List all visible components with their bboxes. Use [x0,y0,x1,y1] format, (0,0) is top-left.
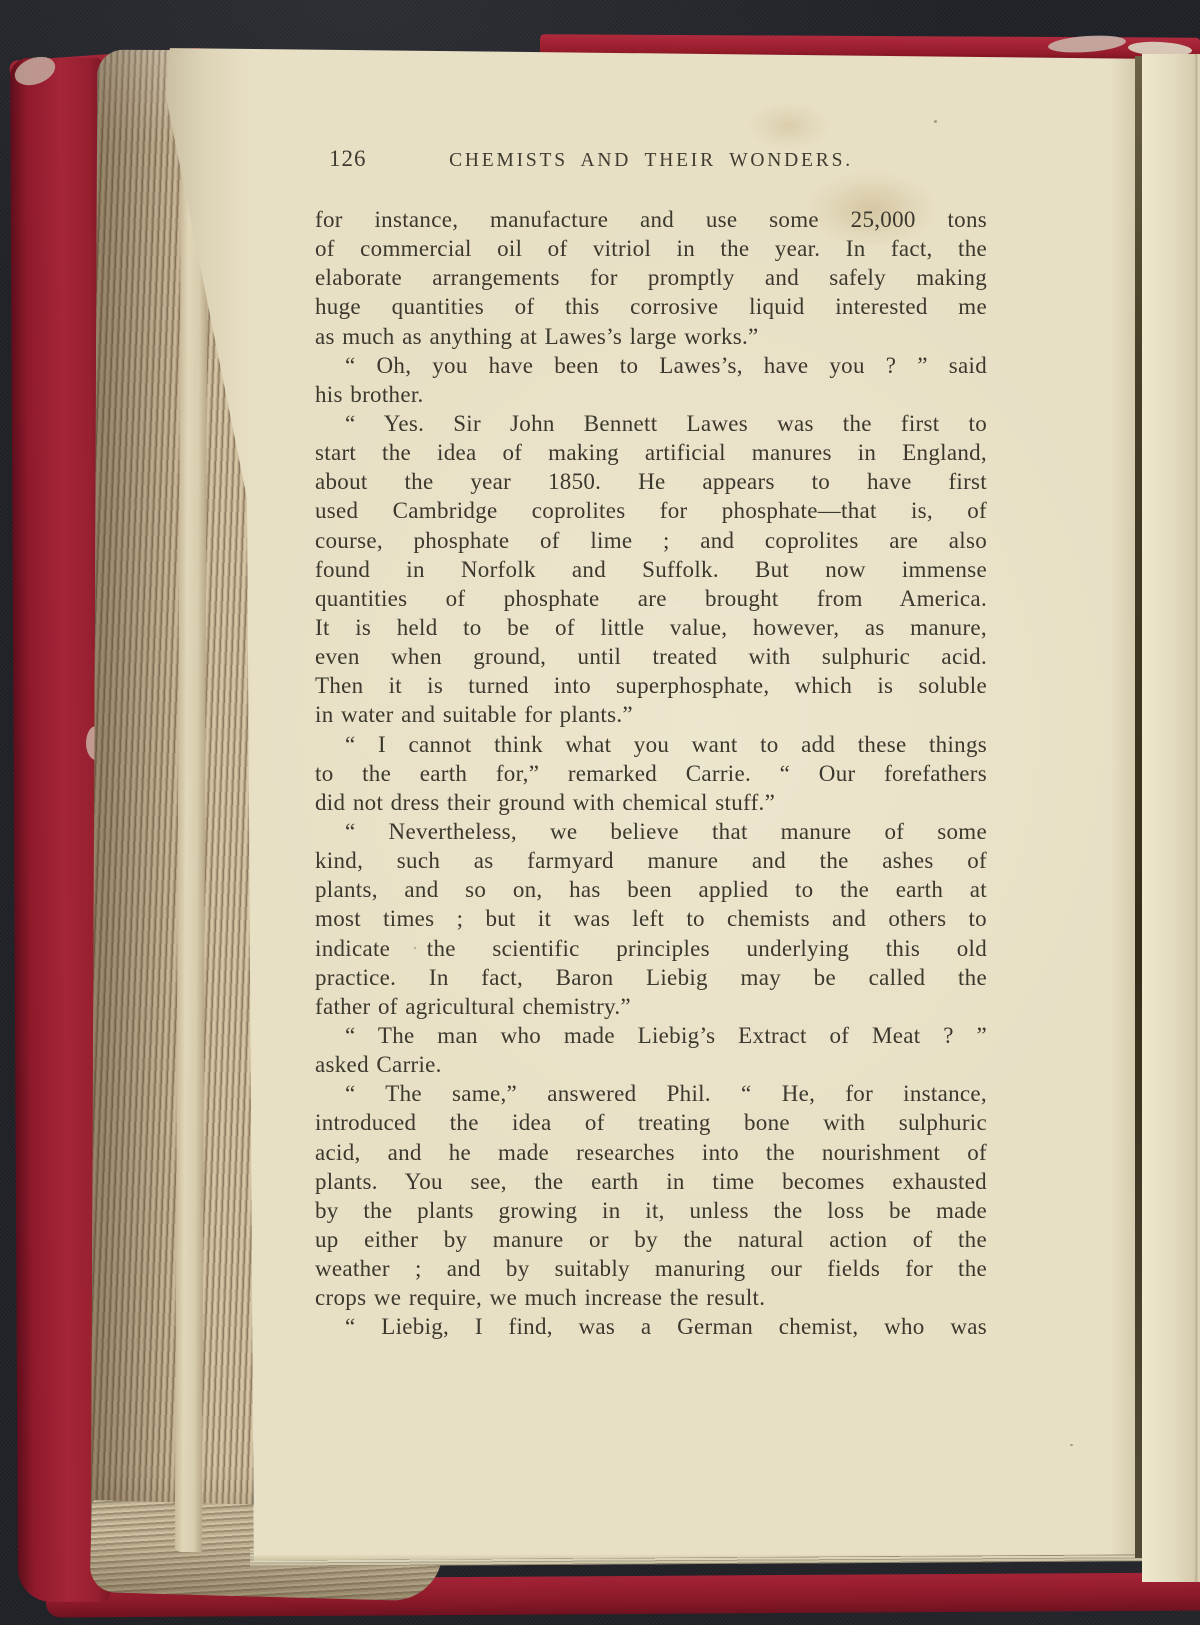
text-line: “ Nevertheless, we believe that manure o… [315,817,987,846]
page-header: 126 CHEMISTS AND THEIR WONDERS. [315,146,987,182]
text-line: used Cambridge coprolites for phosphate—… [315,496,987,525]
text-line: elaborate arrangements for promptly and … [315,263,987,292]
text-line: “ I cannot think what you want to add th… [315,730,987,759]
text-line: father of agricultural chemistry.” [315,992,987,1021]
text-line: found in Norfolk and Suffolk. But now im… [315,555,987,584]
paragraph: “ I cannot think what you want to add th… [315,730,987,817]
paragraph: “ The same,” answered Phil. “ He, for in… [315,1079,987,1312]
text-line: indicate the scientific principles under… [315,934,987,963]
text-line: Then it is turned into superphosphate, w… [315,671,987,700]
text-line: acid, and he made researches into the no… [315,1138,987,1167]
text-line: about the year 1850. He appears to have … [315,467,987,496]
text-line: It is held to be of little value, howeve… [315,613,987,642]
page-text: for instance, manufacture and use some 2… [315,205,987,1341]
text-line: kind, such as farmyard manure and the as… [315,846,987,875]
text-line: his brother. [315,380,987,409]
book-page: 126 CHEMISTS AND THEIR WONDERS. for inst… [164,42,1140,1562]
text-line: “ The same,” answered Phil. “ He, for in… [315,1079,987,1108]
paragraph: “ Liebig, I find, was a German chemist, … [315,1312,987,1341]
text-line: plants. You see, the earth in time becom… [315,1167,987,1196]
text-line: introduced the idea of treating bone wit… [315,1108,987,1137]
text-line: most times ; but it was left to chemists… [315,904,987,933]
text-line: start the idea of making artificial manu… [315,438,987,467]
text-line: as much as anything at Lawes’s large wor… [315,322,987,351]
text-line: even when ground, until treated with sul… [315,642,987,671]
paragraph: “ The man who made Liebig’s Extract of M… [315,1021,987,1079]
adjacent-page-edge [1142,54,1200,1582]
text-line: huge quantities of this corrosive liquid… [315,292,987,321]
text-line: crops we require, we much increase the r… [315,1283,987,1312]
text-line: in water and suitable for plants.” [315,700,987,729]
paragraph: “ Nevertheless, we believe that manure o… [315,817,987,1021]
page-gutter-shadow [1135,56,1142,1558]
text-line: “ Yes. Sir John Bennett Lawes was the fi… [315,409,987,438]
running-title: CHEMISTS AND THEIR WONDERS. [315,150,987,172]
text-line: “ Oh, you have been to Lawes’s, have you… [315,351,987,380]
text-line: quantities of phosphate are brought from… [315,584,987,613]
text-line: course, phosphate of lime ; and coprolit… [315,526,987,555]
text-line: by the plants growing in it, unless the … [315,1196,987,1225]
paragraph: “ Oh, you have been to Lawes’s, have you… [315,351,987,409]
text-line: plants, and so on, has been applied to t… [315,875,987,904]
text-line: weather ; and by suitably manuring our f… [315,1254,987,1283]
paper-speck [934,120,937,123]
photo-background: 126 CHEMISTS AND THEIR WONDERS. for inst… [0,0,1200,1625]
text-line: practice. In fact, Baron Liebig may be c… [315,963,987,992]
paragraph: for instance, manufacture and use some 2… [315,205,987,351]
text-line: for instance, manufacture and use some 2… [315,205,987,234]
text-line: of commercial oil of vitriol in the year… [315,234,987,263]
text-line: up either by manure or by the natural ac… [315,1225,987,1254]
text-line: did not dress their ground with chemical… [315,788,987,817]
text-line: “ Liebig, I find, was a German chemist, … [315,1312,987,1341]
text-line: “ The man who made Liebig’s Extract of M… [315,1021,987,1050]
text-line: to the earth for,” remarked Carrie. “ Ou… [315,759,987,788]
paper-speck [1070,1444,1073,1446]
text-line: asked Carrie. [315,1050,987,1079]
paragraph: “ Yes. Sir John Bennett Lawes was the fi… [315,409,987,730]
